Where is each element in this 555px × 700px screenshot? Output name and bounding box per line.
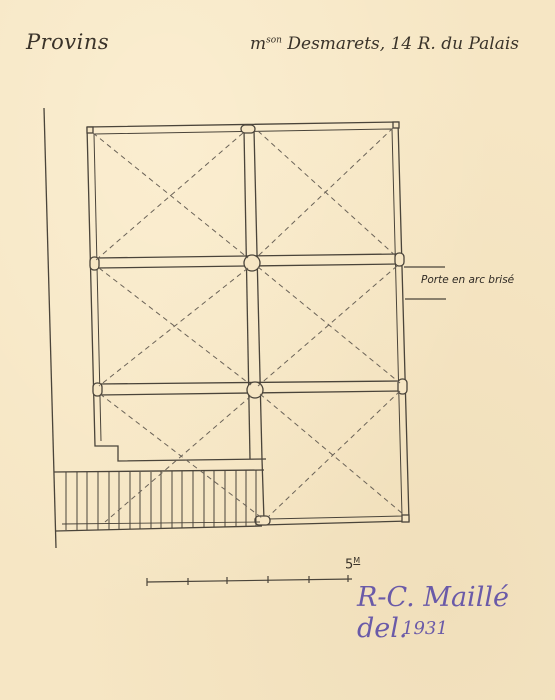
door-annotation: Porte en arc brisé bbox=[421, 274, 514, 286]
boundary-line bbox=[44, 108, 56, 548]
outer-wall-left bbox=[87, 127, 266, 461]
stair-treads bbox=[66, 470, 256, 530]
pier-column-1 bbox=[244, 255, 260, 271]
stair-top bbox=[54, 470, 264, 472]
scale-label: 5M bbox=[345, 556, 360, 572]
scale-bar bbox=[147, 575, 352, 586]
signature-name: R-C. Maillé del. bbox=[357, 582, 555, 644]
signature-year: 1931 bbox=[402, 618, 448, 639]
scale-unit: M bbox=[353, 556, 360, 565]
